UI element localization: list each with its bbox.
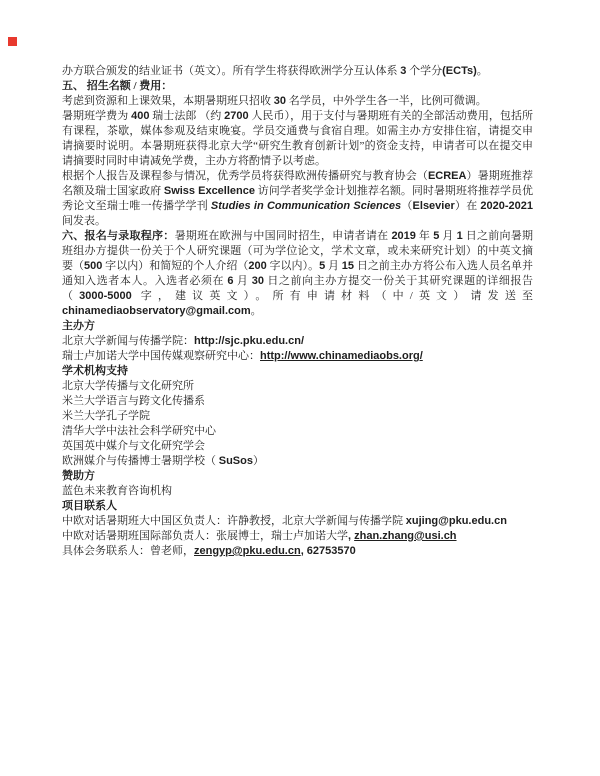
text-run: , 62753570	[301, 545, 356, 557]
sponsor-heading: 赞助方	[62, 469, 533, 484]
sponsor-name: 蓝色未来教育咨询机构	[62, 484, 533, 499]
document-page: 办方联合颁发的结业证书（英文）。所有学生将获得欧洲学分互认体系 3 个学分(EC…	[0, 0, 600, 776]
text-run: 六、报名与录取程序：	[62, 230, 175, 242]
text-run: 暑期班在欧洲与中国同时招生，申请者请在	[175, 230, 392, 242]
text-run: 具体会务联系人：曾老师，	[62, 545, 194, 557]
text-run: 英国英中媒介与文化研究学会	[62, 440, 205, 452]
organizer-pku-line: 北京大学新闻与传播学院：http://sjc.pku.edu.cn/	[62, 334, 533, 349]
text-run: 2700	[224, 110, 248, 122]
text-run: 米兰大学孔子学院	[62, 410, 150, 422]
text-run: (ECTs)	[442, 65, 477, 77]
organizers-heading: 主办方	[62, 319, 533, 334]
contacts-heading: 项目联系人	[62, 499, 533, 514]
text-run: 欧洲媒介与传播博士暑期学校（	[62, 455, 219, 467]
document-content: 办方联合颁发的结业证书（英文）。所有学生将获得欧洲学分互认体系 3 个学分(EC…	[62, 64, 533, 559]
text-run: 北京大学传播与文化研究所	[62, 380, 194, 392]
text-run: 月	[439, 230, 456, 242]
intro-continuation-paragraph: 办方联合颁发的结业证书（英文）。所有学生将获得欧洲学分互认体系 3 个学分(EC…	[62, 64, 533, 79]
text-run: 400	[131, 110, 149, 122]
scholarship-paragraph: 根据个人报告及课程参与情况，优秀学员将获得欧洲传播研究与教育协会（ECREA）暑…	[62, 169, 533, 229]
academic-support-item: 米兰大学语言与跨文化传播系	[62, 394, 533, 409]
text-run: ECREA	[428, 170, 467, 182]
text-run: 间发表。	[62, 215, 106, 227]
text-run: 字以内）和简短的个人介绍（	[102, 260, 248, 272]
text-run: 个学分	[406, 65, 442, 77]
text-run: 30	[274, 95, 286, 107]
text-run: 200	[248, 260, 266, 272]
text-run: 。	[477, 65, 488, 77]
text-run: 字以内）。	[267, 260, 319, 272]
text-run: http://sjc.pku.edu.cn/	[194, 335, 304, 347]
contact-line-china: 中欧对话暑期班大中国区负责人：许静教授，北京大学新闻与传播学院 xujing@p…	[62, 514, 533, 529]
text-run: 500	[84, 260, 102, 272]
academic-support-item: 米兰大学孔子学院	[62, 409, 533, 424]
link[interactable]: zengyp@pku.edu.cn	[194, 545, 301, 557]
text-run: 中欧对话暑期班国际部负责人：张展博士，瑞士卢加诺大学	[62, 530, 348, 542]
text-run: Elsevier	[413, 200, 455, 212]
text-run: 瑞士卢加诺大学中国传媒观察研究中心：	[62, 350, 260, 362]
enrollment-paragraph: 考虑到资源和上课效果，本期暑期班只招收 30 名学员，中外学生各一半，比例可微调…	[62, 94, 533, 109]
section-5-heading: 五、 招生名额 / 费用：	[62, 79, 533, 94]
text-run: 字，建议英文）。所有申请材料（中/英文）请发送至	[132, 290, 533, 302]
text-run: xujing@pku.edu.cn	[406, 515, 507, 527]
academic-support-item: 英国英中媒介与文化研究学会	[62, 439, 533, 454]
text-run: ）在	[455, 200, 481, 212]
text-run: 清华大学中法社会科学研究中心	[62, 425, 216, 437]
text-run: 考虑到资源和上课效果，本期暑期班只招收	[62, 95, 274, 107]
academic-support-heading: 学术机构支持	[62, 364, 533, 379]
academic-support-item: 清华大学中法社会科学研究中心	[62, 424, 533, 439]
text-run: Swiss Excellence	[164, 185, 255, 197]
application-procedure-paragraph: 六、报名与录取程序：暑期班在欧洲与中国同时招生，申请者请在 2019 年 5 月…	[62, 229, 533, 319]
text-run: 月	[325, 260, 342, 272]
text-run: 根据个人报告及课程参与情况，优秀学员将获得欧洲传播研究与教育协会（	[62, 170, 428, 182]
text-run: Studies in Communication Sciences	[211, 200, 401, 212]
text-run: 月	[234, 275, 252, 287]
text-run: 2019	[391, 230, 415, 242]
contact-line-international: 中欧对话暑期班国际部负责人：张展博士，瑞士卢加诺大学, zhan.zhang@u…	[62, 529, 533, 544]
link[interactable]: zhan.zhang@usi.ch	[354, 530, 456, 542]
contact-line-logistics: 具体会务联系人：曾老师，zengyp@pku.edu.cn, 62753570	[62, 544, 533, 559]
text-run: 米兰大学语言与跨文化传播系	[62, 395, 205, 407]
red-marker-icon	[8, 37, 17, 46]
academic-support-item: 欧洲媒介与传播博士暑期学校（ SuSos）	[62, 454, 533, 469]
fee-paragraph: 暑期班学费为 400 瑞士法郎 （约 2700 人民币），用于支付与暑期班有关的…	[62, 109, 533, 169]
text-run: 15	[342, 260, 354, 272]
text-run: 办方联合颁发的结业证书（英文）。所有学生将获得欧洲学分互认体系	[62, 65, 400, 77]
text-run: 年	[416, 230, 433, 242]
text-run: ）	[253, 455, 264, 467]
text-run: 。	[251, 305, 262, 317]
text-run: 中欧对话暑期班大中国区负责人：许静教授，北京大学新闻与传播学院	[62, 515, 406, 527]
text-run: 北京大学新闻与传播学院：	[62, 335, 194, 347]
text-run: （	[401, 200, 412, 212]
text-run: 名学员，中外学生各一半，比例可微调。	[286, 95, 487, 107]
text-run: chinamediaobservatory@gmail.com	[62, 305, 251, 317]
organizer-usi-line: 瑞士卢加诺大学中国传媒观察研究中心：http://www.chinamediao…	[62, 349, 533, 364]
text-run: 2020-2021	[480, 200, 533, 212]
text-run: 30	[252, 275, 264, 287]
link[interactable]: http://www.chinamediaobs.org/	[260, 350, 423, 362]
academic-support-item: 北京大学传播与文化研究所	[62, 379, 533, 394]
text-run: 瑞士法郎 （约	[149, 110, 224, 122]
text-run: 3000-5000	[79, 290, 132, 302]
text-run: 暑期班学费为	[62, 110, 131, 122]
text-run: SuSos	[219, 455, 253, 467]
